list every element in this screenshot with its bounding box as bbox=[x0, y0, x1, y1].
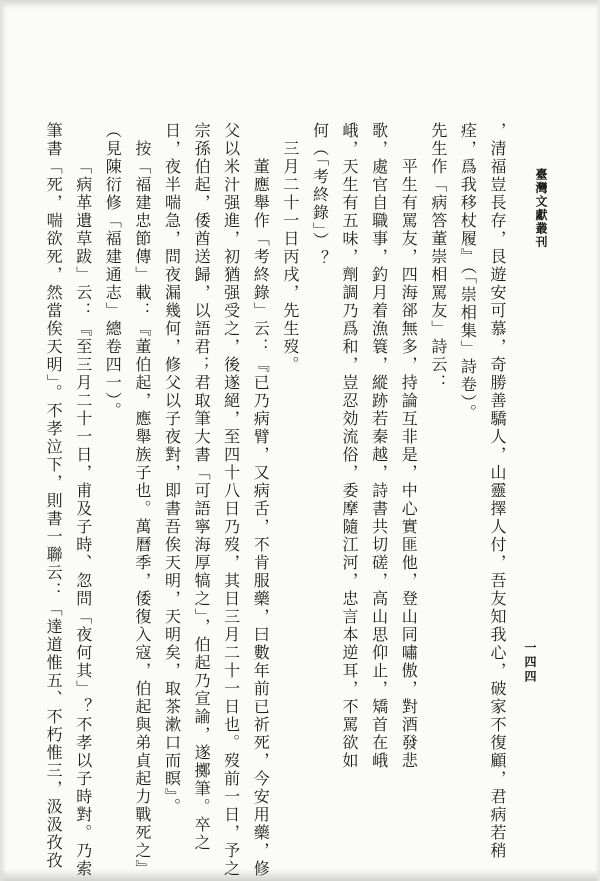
paragraph-death-date: 三月二十一日丙戌，先生歿。 bbox=[275, 122, 305, 881]
running-head-series-title: 臺灣文獻叢刊 bbox=[533, 168, 550, 249]
paragraph-fujian-zhongjiezhuan-note: 按「福建忠節傳」載：『董伯起，應舉族子也。萬曆季，倭復入寇，伯起與弟貞起力戰死之… bbox=[98, 122, 157, 881]
paragraph-poem-intro: 先生作「病答董崇相罵友」詩云： bbox=[423, 122, 453, 881]
paragraph-bingge-yicao-ba-quote: 「病革遺草跋」云：『至三月二十一日，甫及子時、忽問「夜何其」？不孝以子時對。乃索… bbox=[39, 122, 98, 881]
paragraph-kaozhonglu-quote: 董應舉作「考終錄」云：『已乃病臂，又病舌，不肯服藥，曰數年前已祈死，今安用藥，修… bbox=[157, 122, 275, 881]
paragraph-poem-continuation: ，清福豈長存，艮遊安可慕，奇勝善驕人，山靈擇人付，吾友知我心，破家不復顧，君病若… bbox=[453, 122, 512, 881]
page-number: 一四四 bbox=[522, 641, 539, 685]
paragraph-poem-body: 平生有罵友，四海郤無多，持論互非是，中心實匪他，登山同嘯傲，對酒發悲歌，處官自職… bbox=[305, 122, 423, 774]
scan-edge-left bbox=[0, 0, 7, 881]
scan-edge-top bbox=[0, 0, 600, 9]
page-body-vertical-text: ，清福豈長存，艮遊安可慕，奇勝善驕人，山靈擇人付，吾友知我心，破家不復顧，君病若… bbox=[39, 122, 513, 881]
scan-edge-right bbox=[595, 0, 600, 881]
